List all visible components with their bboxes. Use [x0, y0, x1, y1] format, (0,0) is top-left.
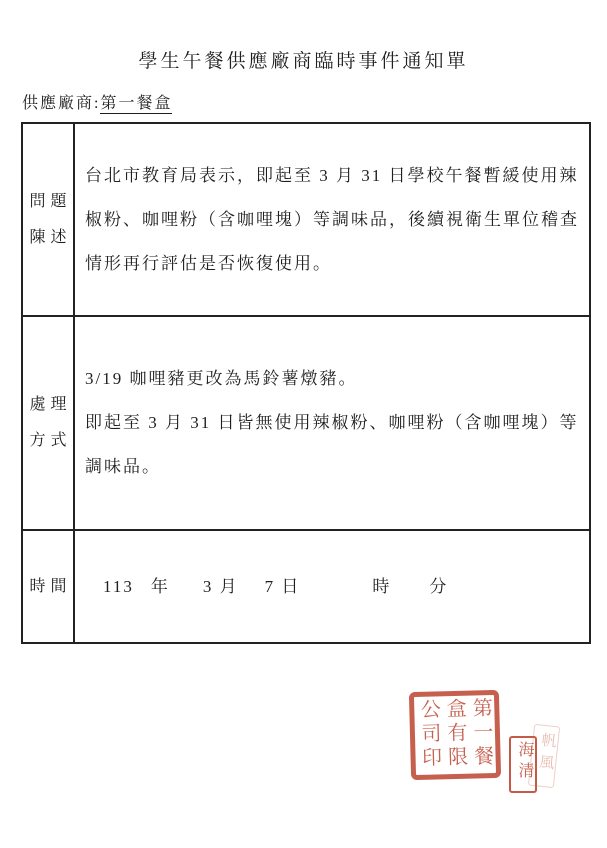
content-line: 椒粉、咖哩粉（含咖哩塊）等調味品，後續視衛生單位稽查 [85, 198, 581, 242]
row-content-time: 113 年 3 月 7 日 時 分 [75, 531, 589, 642]
row-label-time: 時間 [23, 531, 75, 642]
supplier-name: 第一餐盒 [100, 95, 172, 114]
notification-form-page: 學生午餐供應廠商臨時事件通知單 供應廠商:第一餐盒 問題 陳述 台北市教育局表示… [0, 0, 607, 848]
time-month-value: 3 月 [203, 565, 239, 609]
row-label-problem: 問題 陳述 [23, 124, 75, 315]
row-label-line: 陳述 [24, 220, 71, 256]
content-line: 情形再行評估是否恢復使用。 [85, 242, 581, 286]
row-label-line: 方式 [24, 423, 71, 459]
content-line: 調味品。 [85, 445, 581, 489]
notification-table: 問題 陳述 台北市教育局表示，即起至 3 月 31 日學校午餐暫緩使用辣 椒粉、… [21, 122, 591, 644]
row-label-handling: 處理 方式 [23, 317, 75, 529]
content-line: 3/19 咖哩豬更改為馬鈴薯燉豬。 [85, 357, 581, 401]
personal-seal-stamp: 海清 [509, 736, 537, 793]
supplier-label: 供應廠商: [22, 95, 100, 112]
row-label-line: 時間 [24, 569, 71, 605]
row-label-line: 問題 [24, 184, 71, 220]
content-line: 台北市教育局表示，即起至 3 月 31 日學校午餐暫緩使用辣 [85, 154, 581, 198]
row-content-handling: 3/19 咖哩豬更改為馬鈴薯燉豬。 即起至 3 月 31 日皆無使用辣椒粉、咖哩… [75, 317, 589, 529]
time-line: 113 年 3 月 7 日 時 分 [85, 565, 581, 609]
time-day-value: 7 日 [265, 565, 301, 609]
row-label-line: 處理 [24, 387, 71, 423]
time-minute-unit: 分 [429, 565, 448, 609]
time-year-value: 113 [103, 565, 134, 609]
table-row-time: 時間 113 年 3 月 7 日 時 分 [23, 531, 589, 642]
content-line: 即起至 3 月 31 日皆無使用辣椒粉、咖哩粉（含咖哩塊）等 [85, 401, 581, 445]
company-seal-stamp: 第一餐盒有限公司印 [409, 690, 501, 780]
time-hour-unit: 時 [372, 565, 391, 609]
table-row-problem: 問題 陳述 台北市教育局表示，即起至 3 月 31 日學校午餐暫緩使用辣 椒粉、… [23, 124, 589, 317]
row-content-problem: 台北市教育局表示，即起至 3 月 31 日學校午餐暫緩使用辣 椒粉、咖哩粉（含咖… [75, 124, 589, 315]
time-year-unit: 年 [151, 565, 170, 609]
table-row-handling: 處理 方式 3/19 咖哩豬更改為馬鈴薯燉豬。 即起至 3 月 31 日皆無使用… [23, 317, 589, 531]
supplier-line: 供應廠商:第一餐盒 [22, 90, 172, 113]
page-title: 學生午餐供應廠商臨時事件通知單 [0, 46, 607, 73]
